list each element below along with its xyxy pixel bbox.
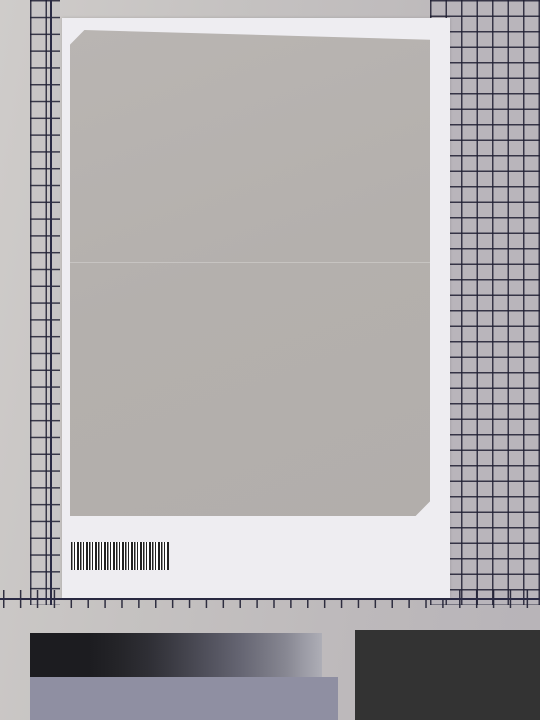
gray-scale-marks — [34, 680, 334, 692]
grayscale-strip — [30, 633, 322, 677]
barcode — [71, 542, 169, 570]
color-control-patches — [355, 630, 540, 720]
letter-body — [70, 30, 430, 516]
vertical-ruler — [50, 0, 52, 605]
typed-letter — [70, 30, 430, 516]
horizontal-ruler — [0, 598, 540, 600]
grid-paper-left — [30, 0, 60, 605]
